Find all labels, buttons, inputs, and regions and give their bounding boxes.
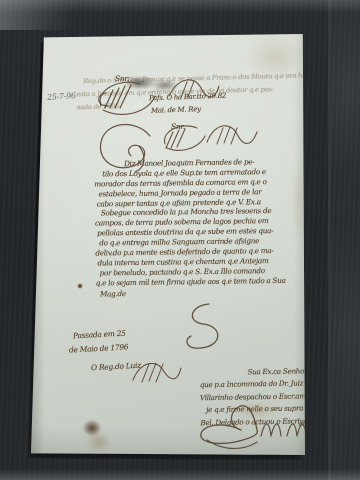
background-top-band <box>0 0 360 13</box>
ink-blot-stain <box>83 420 101 436</box>
senhor-abbreviation: Snr. <box>171 122 185 131</box>
background-bottom-band <box>0 469 360 480</box>
pencil-date: 25-7-96 <box>47 91 76 102</box>
senhor-abbreviation: Snr. <box>115 74 129 83</box>
signature-flourish <box>195 398 313 452</box>
reference-line: Mai. de M. Rey <box>151 105 201 115</box>
background-right-panel <box>331 0 360 480</box>
date-line: Passada em 25 <box>73 329 126 341</box>
dispatch-initial-flourish <box>179 300 225 354</box>
manuscript-paper: Reg.do o Snr. Dor. Prov.or q.e se passe … <box>31 34 305 455</box>
ink-dot <box>78 284 82 288</box>
petition-body: Diz Manoel Joaquim Fernandes de pe- tilo… <box>94 157 310 300</box>
secondary-rubric-flourish <box>203 118 261 152</box>
date-line: de Maio de 1796 <box>69 342 129 354</box>
photo-of-manuscript: { "photo": { "background_color": "#24282… <box>0 0 360 480</box>
stain-smear <box>87 432 111 452</box>
registrar-rubric-flourish <box>127 356 183 390</box>
